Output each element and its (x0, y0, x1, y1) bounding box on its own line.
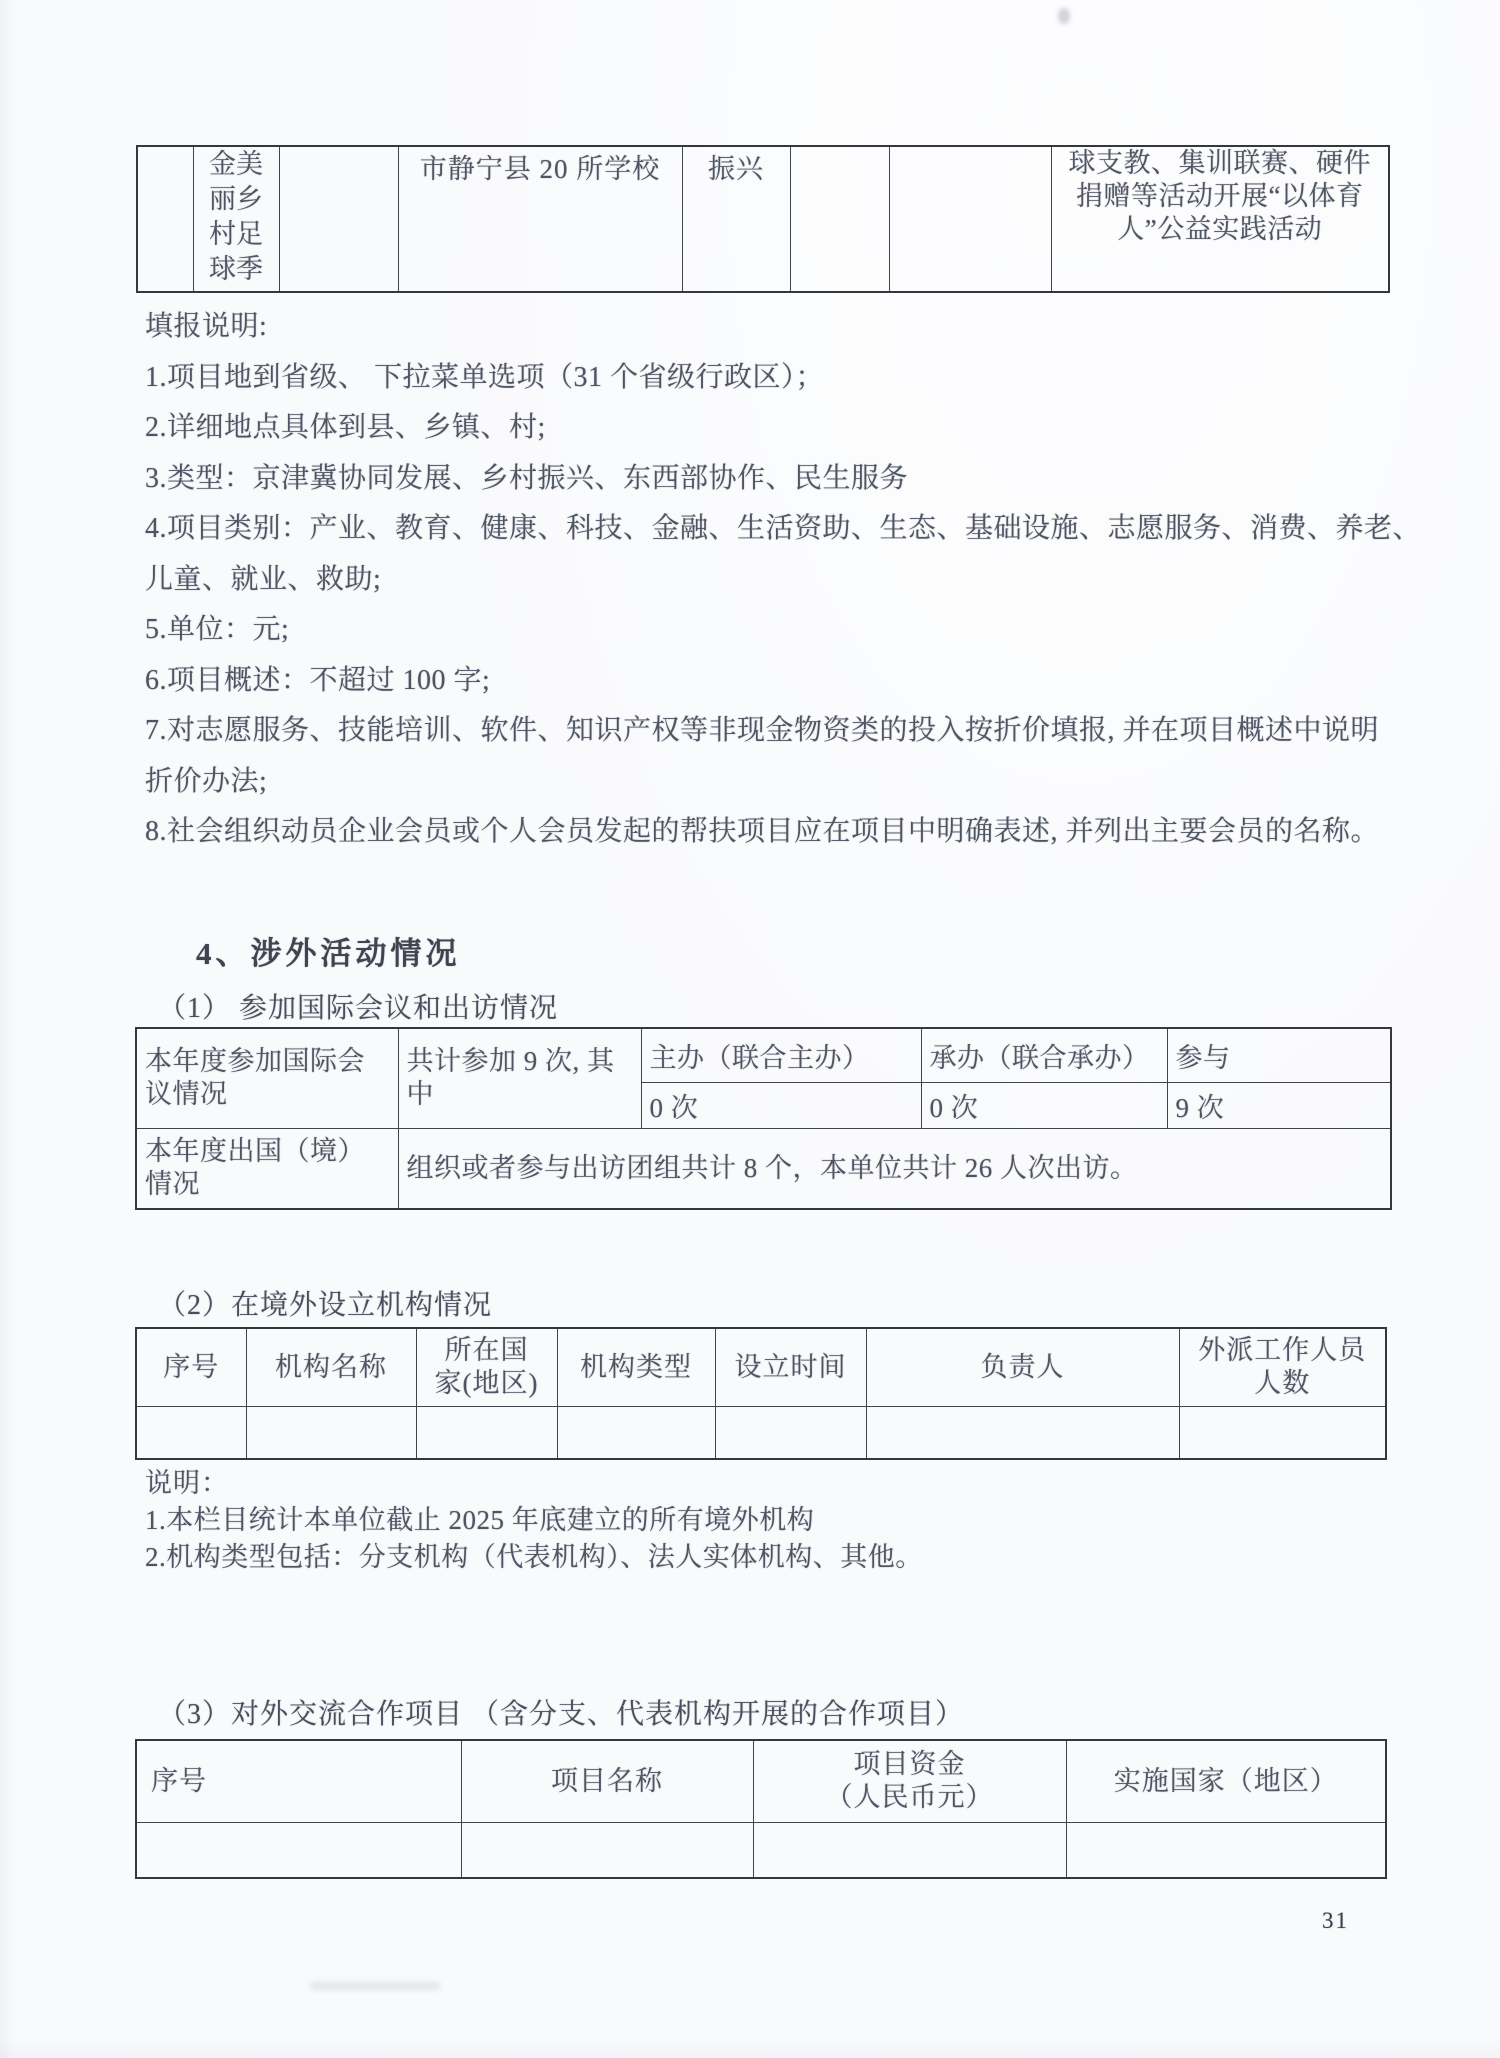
table-row (136, 1406, 1386, 1459)
undertake-header-cell: 承办（联合承办） (921, 1028, 1167, 1082)
header-institution-name: 机构名称 (246, 1328, 416, 1406)
empty-cell (790, 146, 889, 292)
empty-cell (137, 146, 193, 292)
project-name-line: 丽乡 (202, 182, 271, 217)
participate-header-cell: 参与 (1167, 1028, 1391, 1082)
header-expat-staff: 外派工作人员 人数 (1179, 1328, 1386, 1406)
empty-cell (1066, 1822, 1386, 1878)
project-description-line: 人”公益实践活动 (1060, 213, 1381, 246)
page-number: 31 (1322, 1908, 1349, 1934)
project-continuation-table: 金美 丽乡 村足 球季 市静宁县 20 所学校 振兴 球支教、集训联赛、硬件 捐… (136, 145, 1390, 293)
scan-artifact (1058, 8, 1070, 24)
instruction-line: 7.对志愿服务、技能培训、软件、知识产权等非现金物资类的投入按折价填报, 并在项… (145, 706, 1435, 757)
overseas-institutions-table: 序号 机构名称 所在国 家(地区) 机构类型 设立时间 负责人 外派工作人员 人… (135, 1327, 1387, 1460)
meetings-total-cell: 共计参加 9 次, 其中 (398, 1028, 641, 1128)
empty-cell (866, 1406, 1179, 1459)
header-project-funds-line: 项目资金 (762, 1748, 1058, 1781)
host-header-cell: 主办（联合主办） (641, 1028, 921, 1082)
scan-artifact (310, 1982, 440, 1990)
empty-cell (136, 1406, 246, 1459)
instruction-line: 8.社会组织动员企业会员或个人会员发起的帮扶项目应在项目中明确表述, 并列出主要… (145, 807, 1435, 858)
project-name-line: 村足 (202, 217, 271, 252)
cooperation-projects-table: 序号 项目名称 项目资金 （人民币元） 实施国家（地区） (135, 1739, 1387, 1879)
subsection-heading-cooperation-projects: （3）对外交流合作项目 （含分支、代表机构开展的合作项目） (158, 1692, 964, 1732)
header-project-name: 项目名称 (461, 1740, 753, 1822)
instruction-line: 2.详细地点具体到县、乡镇、村; (145, 403, 1435, 454)
project-name-line: 金美 (202, 147, 271, 182)
empty-cell (753, 1822, 1066, 1878)
table-row: 本年度参加国际会议情况 共计参加 9 次, 其中 主办（联合主办） 承办（联合承… (136, 1028, 1391, 1082)
empty-cell (461, 1822, 753, 1878)
abroad-value-cell: 组织或者参与出访团组共计 8 个，本单位共计 26 人次出访。 (398, 1128, 1391, 1209)
subsection-heading-overseas-institutions: （2）在境外设立机构情况 (158, 1283, 492, 1323)
header-project-funds: 项目资金 （人民币元） (753, 1740, 1066, 1822)
header-institution-type: 机构类型 (557, 1328, 715, 1406)
project-location-cell: 市静宁县 20 所学校 (398, 146, 682, 292)
empty-cell (279, 146, 398, 292)
international-meetings-table: 本年度参加国际会议情况 共计参加 9 次, 其中 主办（联合主办） 承办（联合承… (135, 1027, 1392, 1210)
filling-instructions: 填报说明: 1.项目地到省级、 下拉菜单选项（31 个省级行政区）； 2.详细地… (145, 302, 1435, 858)
instruction-line: 折价办法; (145, 757, 1435, 808)
empty-cell (889, 146, 1051, 292)
note-line: 2.机构类型包括：分支机构（代表机构）、法人实体机构、其他。 (145, 1539, 1345, 1576)
empty-cell (136, 1822, 461, 1878)
project-type-cell: 振兴 (682, 146, 790, 292)
project-description-cell: 球支教、集训联赛、硬件 捐赠等活动开展“以体育 人”公益实践活动 (1051, 146, 1389, 292)
header-project-funds-line: （人民币元） (762, 1781, 1058, 1814)
subsection-heading-international-meetings: （1） 参加国际会议和出访情况 (158, 986, 558, 1026)
header-serial: 序号 (136, 1328, 246, 1406)
instruction-line: 6.项目概述：不超过 100 字; (145, 656, 1435, 707)
table-header-row: 序号 项目名称 项目资金 （人民币元） 实施国家（地区） (136, 1740, 1386, 1822)
instruction-line: 4.项目类别：产业、教育、健康、科技、金融、生活资助、生态、基础设施、志愿服务、… (145, 504, 1435, 555)
empty-cell (557, 1406, 715, 1459)
header-country-line: 所在国 (425, 1334, 549, 1367)
empty-cell (246, 1406, 416, 1459)
table-row: 金美 丽乡 村足 球季 市静宁县 20 所学校 振兴 球支教、集训联赛、硬件 捐… (137, 146, 1389, 292)
project-name-line: 球季 (202, 252, 271, 287)
empty-cell (715, 1406, 866, 1459)
section-heading-foreign-activities: 4、涉外活动情况 (196, 928, 461, 973)
empty-cell (1179, 1406, 1386, 1459)
header-founding-date: 设立时间 (715, 1328, 866, 1406)
undertake-value-cell: 0 次 (921, 1082, 1167, 1128)
instruction-line: 3.类型：京津冀协同发展、乡村振兴、东西部协作、民生服务 (145, 454, 1435, 505)
header-country: 所在国 家(地区) (416, 1328, 557, 1406)
meetings-label-cell: 本年度参加国际会议情况 (136, 1028, 398, 1128)
empty-cell (416, 1406, 557, 1459)
instruction-line: 5.单位：元; (145, 605, 1435, 656)
header-expat-staff-line: 外派工作人员 (1188, 1334, 1378, 1367)
header-serial: 序号 (136, 1740, 461, 1822)
abroad-label-cell: 本年度出国（境）情况 (136, 1128, 398, 1209)
project-name-cell: 金美 丽乡 村足 球季 (193, 146, 279, 292)
project-description-line: 捐赠等活动开展“以体育 (1060, 180, 1381, 213)
host-value-cell: 0 次 (641, 1082, 921, 1128)
scanned-report-page: 金美 丽乡 村足 球季 市静宁县 20 所学校 振兴 球支教、集训联赛、硬件 捐… (0, 0, 1500, 2058)
table-row (136, 1822, 1386, 1878)
table-header-row: 序号 机构名称 所在国 家(地区) 机构类型 设立时间 负责人 外派工作人员 人… (136, 1328, 1386, 1406)
instructions-title: 填报说明: (145, 302, 1435, 353)
header-person-in-charge: 负责人 (866, 1328, 1179, 1406)
instruction-line: 儿童、就业、救助; (145, 555, 1435, 606)
header-expat-staff-line: 人数 (1188, 1367, 1378, 1400)
note-line: 1.本栏目统计本单位截止 2025 年底建立的所有境外机构 (145, 1502, 1345, 1539)
table-row: 本年度出国（境）情况 组织或者参与出访团组共计 8 个，本单位共计 26 人次出… (136, 1128, 1391, 1209)
participate-value-cell: 9 次 (1167, 1082, 1391, 1128)
notes-title: 说明： (145, 1464, 1345, 1502)
institution-notes: 说明： 1.本栏目统计本单位截止 2025 年底建立的所有境外机构 2.机构类型… (145, 1464, 1345, 1576)
project-description-line: 球支教、集训联赛、硬件 (1060, 147, 1381, 180)
instruction-line: 1.项目地到省级、 下拉菜单选项（31 个省级行政区）； (145, 353, 1435, 404)
header-country-line: 家(地区) (425, 1367, 549, 1400)
header-implementation-country: 实施国家（地区） (1066, 1740, 1386, 1822)
